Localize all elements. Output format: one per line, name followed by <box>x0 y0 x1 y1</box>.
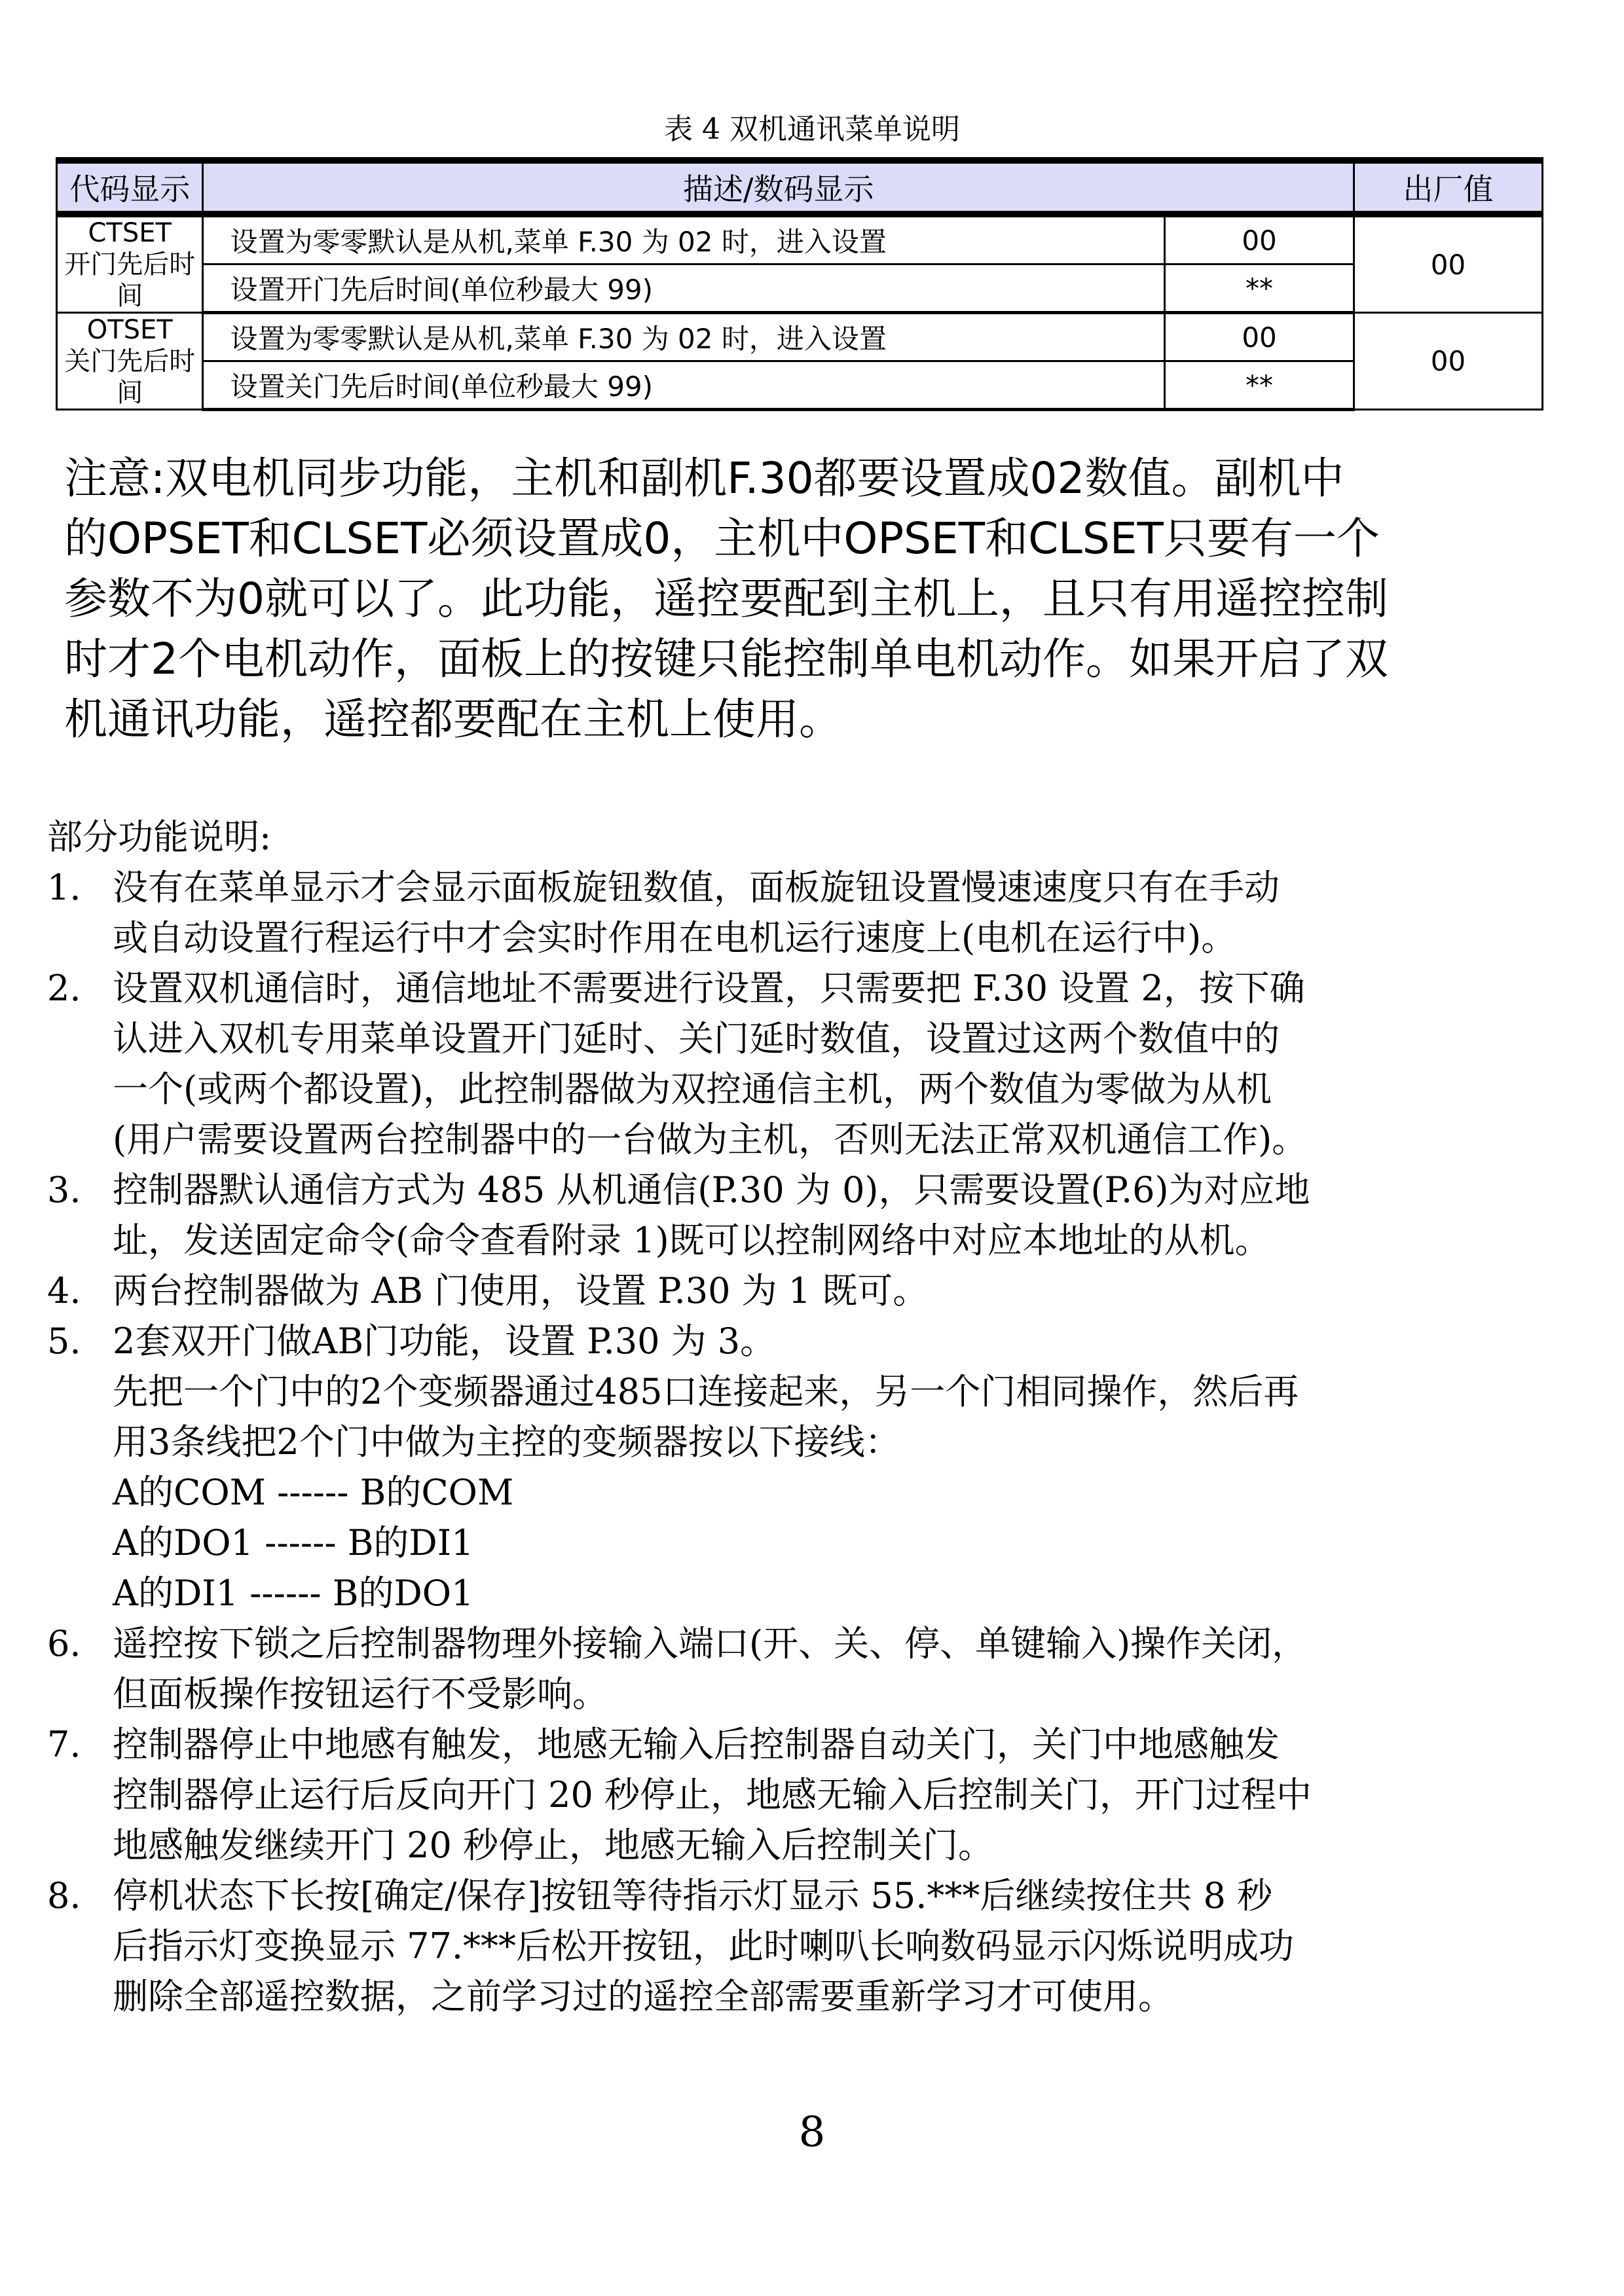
dual-comm-menu-table: 代码显示 描述/数码显示 出厂值 CTSET 开门先后时间 设置为零零默认是从机… <box>56 157 1543 411</box>
display-cell: ** <box>1165 264 1354 313</box>
item-number: 2. <box>47 963 81 1013</box>
item-line: 删除全部遥控数据，之前学习过的遥控全部需要重新学习才可使用。 <box>113 1971 1553 2022</box>
notice-line: 机通讯功能，遥控都要配在主机上使用。 <box>64 689 1531 750</box>
notice-line: 注意:双电机同步功能，主机和副机F.30都要设置成02数值。副机中 <box>64 448 1531 509</box>
description-cell: 设置为零零默认是从机,菜单 F.30 为 02 时，进入设置 <box>203 214 1165 264</box>
list-item: 7. 控制器停止中地感有触发，地感无输入后控制器自动关门，关门中地感触发 控制器… <box>47 1719 1553 1870</box>
table-header-row: 代码显示 描述/数码显示 出厂值 <box>57 160 1543 214</box>
item-number: 4. <box>47 1266 81 1316</box>
notice-line: 参数不为0就可以了。此功能，遥控要配到主机上，且只有用遥控控制 <box>64 569 1531 629</box>
header-description: 描述/数码显示 <box>203 160 1354 214</box>
feature-heading: 部分功能说明: <box>47 812 1553 862</box>
code-label: OTSET <box>58 314 202 346</box>
list-item: 2. 设置双机通信时，通信地址不需要进行设置，只需要把 F.30 设置 2，按下… <box>47 963 1553 1165</box>
description-cell: 设置开门先后时间(单位秒最大 99) <box>203 264 1165 313</box>
notice-line: 的OPSET和CLSET必须设置成0，主机中OPSET和CLSET只要有一个 <box>64 509 1531 569</box>
table-caption: 表 4 双机通讯菜单说明 <box>0 110 1624 149</box>
item-line: 用3条线把2个门中做为主控的变频器按以下接线： <box>113 1417 1553 1467</box>
item-line: 但面板操作按钮运行不受影响。 <box>113 1669 1553 1719</box>
display-cell: 00 <box>1165 313 1354 361</box>
item-line: 一个(或两个都设置)，此控制器做为双控通信主机，两个数值为零做为从机 <box>113 1064 1553 1114</box>
item-line: 2套双开门做AB门功能，设置 P.30 为 3。 <box>113 1316 1553 1366</box>
item-line: 控制器停止中地感有触发，地感无输入后控制器自动关门，关门中地感触发 <box>113 1719 1553 1770</box>
header-factory: 出厂值 <box>1354 160 1543 214</box>
wiring-line: A的DI1 ------ B的DO1 <box>113 1568 1553 1618</box>
wiring-line: A的COM ------ B的COM <box>113 1467 1553 1518</box>
item-number: 6. <box>47 1618 81 1669</box>
list-item: 6. 遥控按下锁之后控制器物理外接输入端口(开、关、停、单键输入)操作关闭， 但… <box>47 1618 1553 1719</box>
feature-notes: 部分功能说明: 1. 没有在菜单显示才会显示面板旋钮数值，面板旋钮设置慢速速度只… <box>47 812 1553 2022</box>
item-number: 5. <box>47 1316 81 1366</box>
page-number: 8 <box>0 2108 1624 2157</box>
item-line: 设置双机通信时，通信地址不需要进行设置，只需要把 F.30 设置 2，按下确 <box>113 963 1553 1013</box>
item-line: 地感触发继续开门 20 秒停止，地感无输入后控制关门。 <box>113 1820 1553 1870</box>
display-cell: 00 <box>1165 214 1354 264</box>
item-line: 认进入双机专用菜单设置开门延时、关门延时数值，设置过这两个数值中的 <box>113 1013 1553 1064</box>
item-number: 3. <box>47 1165 81 1215</box>
description-cell: 设置关门先后时间(单位秒最大 99) <box>203 361 1165 410</box>
item-line: 控制器默认通信方式为 485 从机通信(P.30 为 0)，只需要设置(P.6)… <box>113 1165 1553 1215</box>
item-line: 没有在菜单显示才会显示面板旋钮数值，面板旋钮设置慢速速度只有在手动 <box>113 862 1553 913</box>
item-number: 7. <box>47 1719 81 1770</box>
list-item: 1. 没有在菜单显示才会显示面板旋钮数值，面板旋钮设置慢速速度只有在手动 或自动… <box>47 862 1553 963</box>
item-line: 先把一个门中的2个变频器通过485口连接起来，另一个门相同操作，然后再 <box>113 1366 1553 1417</box>
code-name: 开门先后时间 <box>58 249 202 312</box>
item-number: 8. <box>47 1870 81 1921</box>
code-cell-ctset: CTSET 开门先后时间 <box>57 214 203 313</box>
list-item: 5. 2套双开门做AB门功能，设置 P.30 为 3。 先把一个门中的2个变频器… <box>47 1316 1553 1618</box>
notice-line: 时才2个电机动作，面板上的按键只能控制单电机动作。如果开启了双 <box>64 629 1531 689</box>
table-row: OTSET 关门先后时间 设置为零零默认是从机,菜单 F.30 为 02 时，进… <box>57 313 1543 361</box>
table-row: 设置开门先后时间(单位秒最大 99) ** <box>57 264 1543 313</box>
item-line: 控制器停止运行后反向开门 20 秒停止，地感无输入后控制关门，开门过程中 <box>113 1770 1553 1820</box>
factory-cell: 00 <box>1354 214 1543 313</box>
item-line: 遥控按下锁之后控制器物理外接输入端口(开、关、停、单键输入)操作关闭， <box>113 1618 1553 1669</box>
item-line: 址，发送固定命令(命令查看附录 1)既可以控制网络中对应本地址的从机。 <box>113 1215 1553 1266</box>
description-cell: 设置为零零默认是从机,菜单 F.30 为 02 时，进入设置 <box>203 313 1165 361</box>
table-row: CTSET 开门先后时间 设置为零零默认是从机,菜单 F.30 为 02 时，进… <box>57 214 1543 264</box>
item-line: 或自动设置行程运行中才会实时作用在电机运行速度上(电机在运行中)。 <box>113 913 1553 963</box>
item-line: 后指示灯变换显示 77.***后松开按钮，此时喇叭长响数码显示闪烁说明成功 <box>113 1921 1553 1971</box>
item-line: 停机状态下长按[确定/保存]按钮等待指示灯显示 55.***后继续按住共 8 秒 <box>113 1870 1553 1921</box>
item-line: 两台控制器做为 AB 门使用，设置 P.30 为 1 既可。 <box>113 1266 1553 1316</box>
factory-cell: 00 <box>1354 313 1543 410</box>
code-name: 关门先后时间 <box>58 346 202 409</box>
table-row: 设置关门先后时间(单位秒最大 99) ** <box>57 361 1543 410</box>
display-cell: ** <box>1165 361 1354 410</box>
item-number: 1. <box>47 862 81 913</box>
notice-paragraph: 注意:双电机同步功能，主机和副机F.30都要设置成02数值。副机中 的OPSET… <box>64 448 1531 750</box>
item-line: (用户需要设置两台控制器中的一台做为主机，否则无法正常双机通信工作)。 <box>113 1114 1553 1165</box>
code-label: CTSET <box>58 217 202 249</box>
list-item: 3. 控制器默认通信方式为 485 从机通信(P.30 为 0)，只需要设置(P… <box>47 1165 1553 1266</box>
header-code: 代码显示 <box>57 160 203 214</box>
wiring-line: A的DO1 ------ B的DI1 <box>113 1518 1553 1568</box>
list-item: 8. 停机状态下长按[确定/保存]按钮等待指示灯显示 55.***后继续按住共 … <box>47 1870 1553 2022</box>
list-item: 4. 两台控制器做为 AB 门使用，设置 P.30 为 1 既可。 <box>47 1266 1553 1316</box>
code-cell-otset: OTSET 关门先后时间 <box>57 313 203 410</box>
